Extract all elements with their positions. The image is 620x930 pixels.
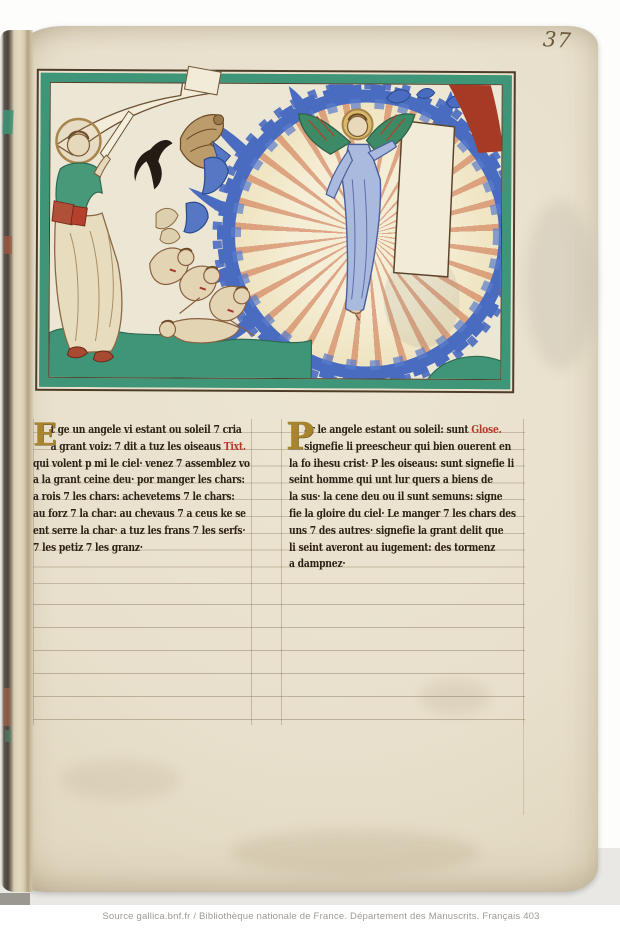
text-line: signefie li preescheur qui bien ouerent … xyxy=(289,438,478,455)
text-line: la fo ihesu crist· P les oiseaus: sunt s… xyxy=(289,455,478,472)
folio-number: 37 xyxy=(542,27,572,53)
initial-letter-E: E xyxy=(33,419,57,452)
text-line: li seint averont au iugement: des tormen… xyxy=(289,539,478,556)
footer-bar: Source gallica.bnf.fr / Bibliothèque nat… xyxy=(0,905,620,930)
pale-bird xyxy=(156,208,178,228)
text-line: t ge un angele vi estant ou soleil 7 cri… xyxy=(33,421,235,438)
text-line: au forz 7 la char: au chevaus 7 a ceus k… xyxy=(33,505,235,522)
text-line: ent serre la char· a tuz les frans 7 les… xyxy=(33,522,235,539)
angel-scroll xyxy=(394,121,455,277)
rubric-word: Glose. xyxy=(471,422,501,436)
text-line: uns 7 des autres· signefie la grant deli… xyxy=(289,522,478,539)
text-line: a rois 7 les chars: achevetems 7 le char… xyxy=(33,488,235,505)
parchment-stain xyxy=(60,760,180,800)
ruling-lines-empty-area xyxy=(33,604,525,726)
text-line: qui volent p mi le ciel· venez 7 assembl… xyxy=(33,455,235,472)
seated-figure xyxy=(51,119,123,362)
right-text-column: ar le angele estant ou soleil: sunt Glos… xyxy=(289,421,525,572)
fore-edge-speck-green xyxy=(2,110,13,134)
text-line: 7 les petiz 7 les granz· xyxy=(33,539,235,556)
initial-letter-P: P xyxy=(286,418,314,454)
text-line: a la grant ceine deu· por manger les cha… xyxy=(33,471,235,488)
black-bird xyxy=(134,140,172,190)
left-text-column: t ge un angele vi estant ou soleil 7 cri… xyxy=(33,421,285,555)
miniature-painting xyxy=(48,82,503,380)
text-line: fie la gloire du ciel· Le manger 7 les c… xyxy=(289,505,478,522)
parchment-stain xyxy=(525,200,595,370)
rubric-word: Tixt. xyxy=(224,439,246,453)
manuscript-scan-view: 37 E P t ge un angele vi estant ou solei… xyxy=(0,0,620,930)
ruling-vertical-right-extension xyxy=(523,725,524,815)
fore-edge-speck-green xyxy=(5,730,11,742)
text-line: a grant voiz: 7 dit a tuz les oiseaus Ti… xyxy=(33,438,235,455)
text-line: a dampnez· xyxy=(289,555,478,572)
miniature-frame xyxy=(35,69,516,394)
miniature-scene xyxy=(49,83,503,380)
fore-edge-speck-red xyxy=(4,236,12,254)
fore-edge-speck-red xyxy=(3,688,11,726)
text-line: la sus· la cene deu ou il sunt semuns: s… xyxy=(289,488,478,505)
blue-bird xyxy=(184,202,208,233)
pale-bird xyxy=(160,229,180,244)
dead-bodies xyxy=(149,248,254,343)
parchment-stain xyxy=(230,830,480,875)
miniature-green-border xyxy=(39,73,512,389)
text-line: seint homme qui unt lur quers a biens de xyxy=(289,471,478,488)
text-line: ar le angele estant ou soleil: sunt Glos… xyxy=(289,421,478,438)
binding-edge xyxy=(0,30,34,892)
binding-bottom-stub xyxy=(0,893,30,905)
attribution-text: Source gallica.bnf.fr / Bibliothèque nat… xyxy=(0,905,620,922)
